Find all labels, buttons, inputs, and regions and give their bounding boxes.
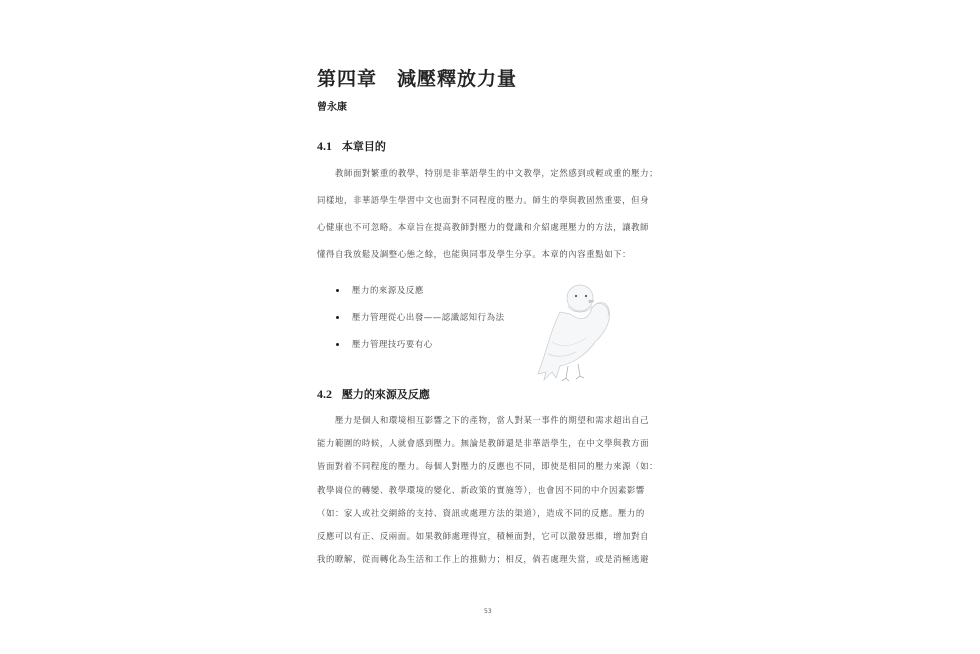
bullet-icon — [336, 316, 339, 319]
bullet-item: 壓力管理從心出發——認識認知行為法 — [336, 311, 505, 323]
paragraph-line: 皆面對着不同程度的壓力。每個人對壓力的反應也不同，即使是相同的壓力來源（如： — [317, 460, 658, 472]
paragraph-line: 我的瞭解，從而轉化為生活和工作上的推動力；相反，倘若處理失當，或是消極逃避 — [317, 553, 649, 565]
paragraph-line: 同樣地，非華語學生學習中文也面對不同程度的壓力。師生的學與教固然重要，但身 — [317, 194, 649, 206]
section-number: 4.1 — [317, 139, 332, 153]
bullet-item: 壓力管理技巧要有心 — [336, 338, 433, 350]
bullet-icon — [336, 289, 339, 292]
paragraph-line: 心健康也不可忽略。本章旨在提高教師對壓力的覺識和介紹處理壓力的方法，讓教師 — [317, 221, 649, 233]
dove-illustration-icon — [530, 282, 625, 382]
bullet-text: 壓力的來源及反應 — [352, 285, 424, 295]
paragraph-line: 能力範圍的時候，人就會感到壓力。無論是教師還是非華語學生，在中文學與教方面 — [317, 437, 649, 449]
paragraph-line: 懂得自我放鬆及調整心態之餘，也能與同事及學生分享。本章的內容重點如下： — [317, 248, 631, 260]
bullet-text: 壓力管理從心出發——認識認知行為法 — [352, 312, 505, 322]
chapter-title: 第四章 減壓釋放力量 — [317, 64, 517, 91]
bullet-item: 壓力的來源及反應 — [336, 284, 424, 296]
section-number: 4.2 — [317, 387, 332, 401]
page-number: 53 — [484, 608, 492, 615]
section-heading-4-2: 4.2 壓力的來源及反應 — [317, 386, 430, 402]
paragraph-line: 教師面對繁重的教學，特別是非華語學生的中文教學，定然感到或輕或重的壓力； — [335, 167, 658, 179]
document-page: 第四章 減壓釋放力量 曾永康 4.1 本章目的 教師面對繁重的教學，特別是非華語… — [0, 0, 980, 654]
section-title: 本章目的 — [342, 140, 386, 153]
section-title: 壓力的來源及反應 — [342, 388, 430, 401]
paragraph-line: （如：家人或社交網絡的支持、資訊或處理方法的渠道），造成不同的反應。壓力的 — [317, 507, 645, 519]
bullet-text: 壓力管理技巧要有心 — [352, 339, 433, 349]
section-heading-4-1: 4.1 本章目的 — [317, 138, 386, 154]
author-name: 曾永康 — [317, 98, 347, 113]
paragraph-line: 壓力是個人和環境相互影響之下的產物，當人對某一事件的期望和需求超出自己 — [335, 414, 649, 426]
paragraph-line: 反應可以有正、反兩面。如果教師處理得宜，積極面對，它可以激發思維，增加對自 — [317, 530, 649, 542]
paragraph-line: 教學崗位的轉變、教學環境的變化、新政策的實施等），也會因不同的中介因素影響 — [317, 484, 645, 496]
bullet-icon — [336, 343, 339, 346]
